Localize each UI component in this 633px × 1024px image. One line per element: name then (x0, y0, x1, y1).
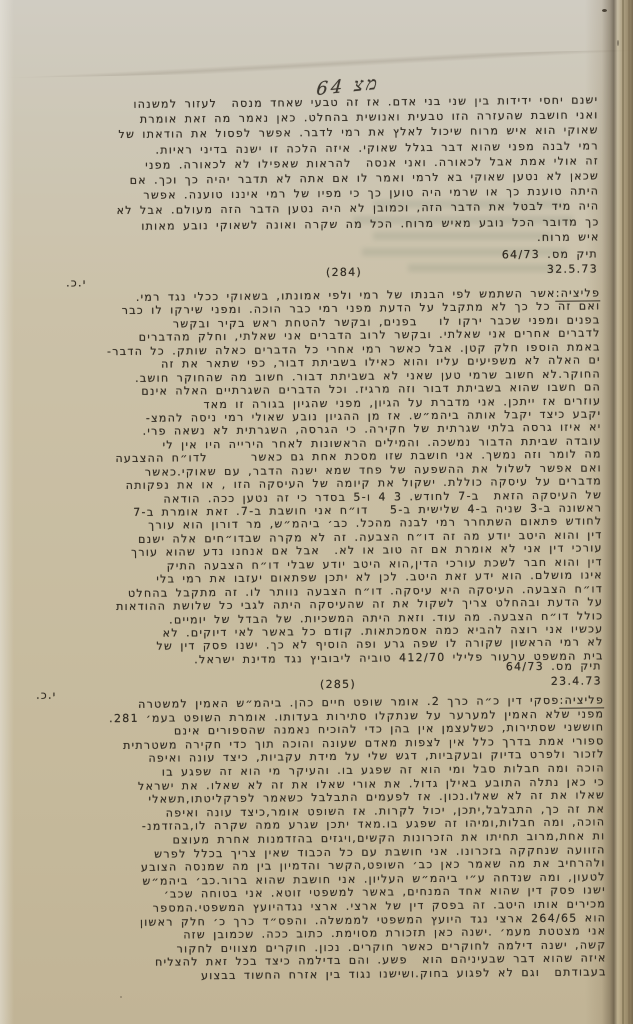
paragraph-284: פליציה:אשר השתמש לפי הבנתו של רמי ולפי א… (26, 286, 604, 668)
paper-edge-streak (622, 0, 624, 1024)
ink-speck (602, 9, 607, 12)
ink-speck (617, 40, 619, 46)
case-number-label: תיק מס. 64/73 (506, 659, 602, 673)
paragraph-284-lines: ואם זה כל כך לא מתקבל על הדעת מפני רמי כ… (26, 300, 603, 668)
page-number-285: (285) (320, 678, 356, 691)
scanned-page: מצ 64 ישנם יחסי ידידות בין שני בני אדם. … (0, 0, 633, 1024)
paragraph-285: פליציה:פסקי דין כ״ה כרך 2. אומר שופט חיי… (30, 693, 607, 984)
hearing-date: 23.4.73 (551, 674, 602, 687)
paragraph-285-lines: מפני שלא האמין למערער על שנתקלו סתירות ב… (30, 707, 607, 984)
clerk-initials: י.כ. (66, 276, 87, 289)
paper-left-edge (0, 0, 14, 1024)
case-number-label: תיק מס. 64/73 (502, 247, 598, 261)
paper-edge-streak (628, 0, 630, 1024)
paragraph-top: ישנם יחסי ידידות בין שני בני אדם. אז זה … (24, 92, 599, 249)
typewritten-content: מצ 64 ישנם יחסי ידידות בין שני בני אדם. … (23, 0, 607, 1024)
hearing-date: 32.5.73 (547, 262, 598, 275)
page-number-284: (284) (326, 266, 362, 279)
